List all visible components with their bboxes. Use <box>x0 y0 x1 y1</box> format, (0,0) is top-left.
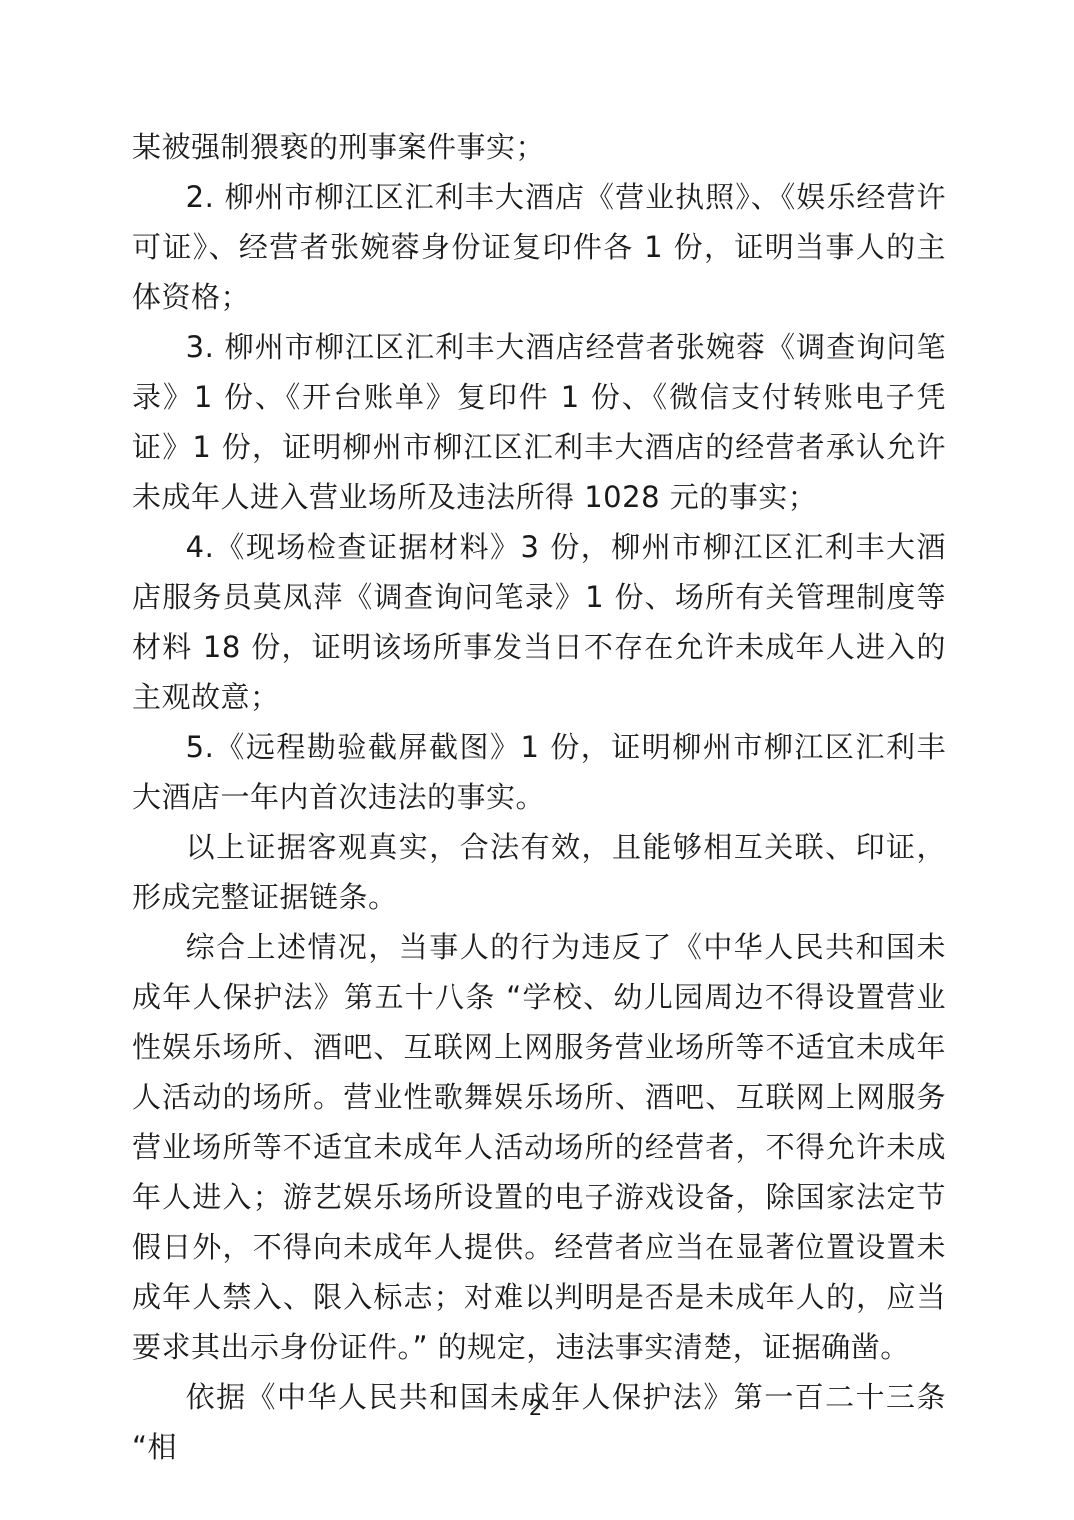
paragraph-evidence-item-2: 2. 柳州市柳江区汇利丰大酒店《营业执照》、《娱乐经营许可证》、经营者张婉蓉身份… <box>132 172 946 322</box>
paragraph-evidence-item-4: 4.《现场检查证据材料》3 份，柳州市柳江区汇利丰大酒店服务员莫凤萍《调查询问笔… <box>132 522 946 722</box>
paragraph-evidence-conclusion: 以上证据客观真实，合法有效，且能够相互关联、印证，形成完整证据链条。 <box>132 822 946 922</box>
paragraph-legal-basis: 依据《中华人民共和国未成年人保护法》第一百二十三条 “相 <box>132 1372 946 1472</box>
document-page: 某被强制猥亵的刑事案件事实； 2. 柳州市柳江区汇利丰大酒店《营业执照》、《娱乐… <box>0 0 1074 1520</box>
paragraph-legal-violation: 综合上述情况，当事人的行为违反了《中华人民共和国未成年人保护法》第五十八条 “学… <box>132 922 946 1372</box>
document-body: 某被强制猥亵的刑事案件事实； 2. 柳州市柳江区汇利丰大酒店《营业执照》、《娱乐… <box>132 122 946 1472</box>
paragraph-evidence-item-3: 3. 柳州市柳江区汇利丰大酒店经营者张婉蓉《调查询问笔录》1 份、《开台账单》复… <box>132 322 946 522</box>
paragraph-evidence-item-5: 5.《远程勘验截屏截图》1 份，证明柳州市柳江区汇利丰大酒店一年内首次违法的事实… <box>132 722 946 822</box>
page-number: - 2 - <box>0 1396 1074 1420</box>
paragraph-case-fact-continuation: 某被强制猥亵的刑事案件事实； <box>132 122 946 172</box>
